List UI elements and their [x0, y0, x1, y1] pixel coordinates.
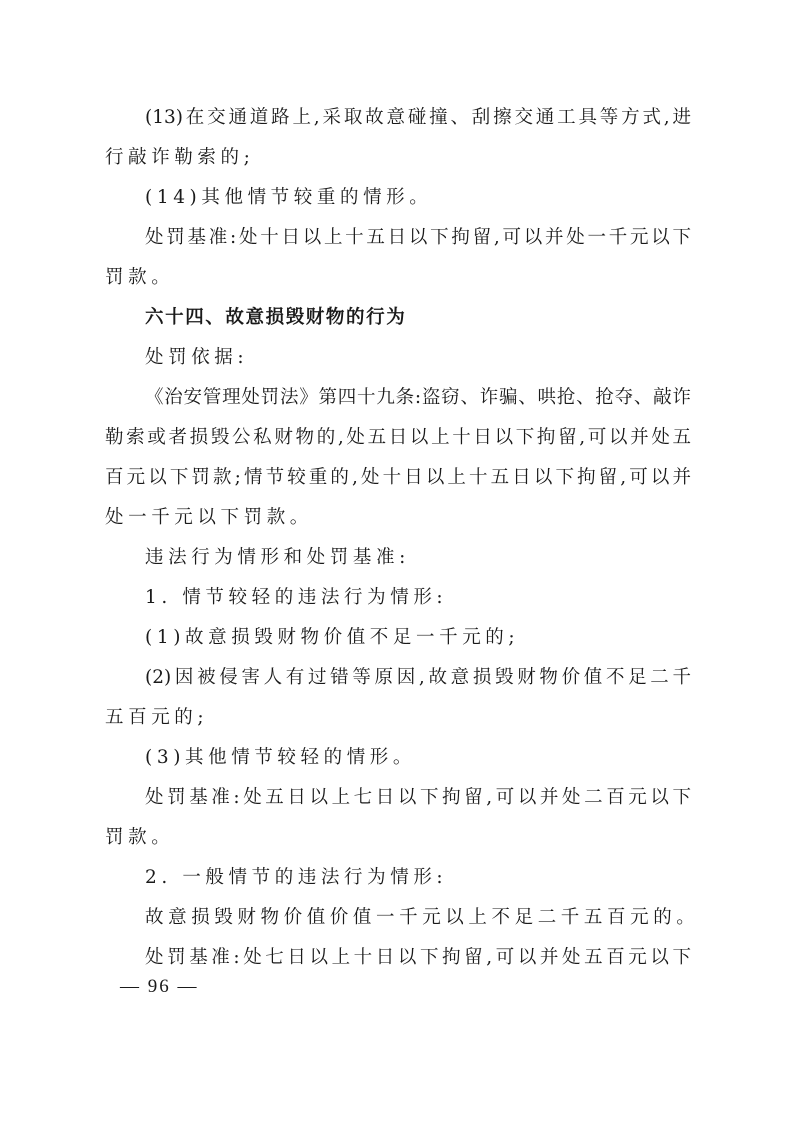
body-line: 处罚基准:处七日以上十日以下拘留,可以并处五百元以下 — [145, 938, 691, 978]
body-line: 处罚依据: — [145, 338, 691, 378]
body-line: 2. 一般情节的违法行为情形: — [145, 858, 691, 898]
body-line: (14)其他情节较重的情形。 — [145, 178, 691, 218]
body-line: 罚款。 — [105, 258, 691, 298]
section-heading: 六十四、故意损毁财物的行为 — [145, 298, 691, 338]
body-line: 勒索或者损毁公私财物的,处五日以上十日以下拘留,可以并处五 — [105, 418, 691, 458]
body-line: (2)因被侵害人有过错等原因,故意损毁财物价值不足二千 — [145, 658, 691, 698]
body-line: 1. 情节较轻的违法行为情形: — [145, 578, 691, 618]
body-line: (3)其他情节较轻的情形。 — [145, 738, 691, 778]
body-line: 处罚基准:处十日以上十五日以下拘留,可以并处一千元以下 — [145, 218, 691, 258]
body-line: 百元以下罚款;情节较重的,处十日以上十五日以下拘留,可以并 — [105, 458, 691, 498]
body-line: 处一千元以下罚款。 — [105, 498, 691, 538]
body-line: 违法行为情形和处罚基准: — [145, 538, 691, 578]
body-line: (1)故意损毁财物价值不足一千元的; — [145, 618, 691, 658]
body-line: 行敲诈勒索的; — [105, 138, 691, 178]
body-line: 故意损毁财物价值价值一千元以上不足二千五百元的。 — [145, 898, 691, 938]
body-line: (13)在交通道路上,采取故意碰撞、刮擦交通工具等方式,进 — [145, 98, 691, 138]
page-number: — 96 — — [120, 972, 199, 1002]
body-line: 五百元的; — [105, 698, 691, 738]
body-line: 罚款。 — [105, 818, 691, 858]
body-line: 《治安管理处罚法》第四十九条:盗窃、诈骗、哄抢、抢夺、敲诈 — [145, 378, 691, 418]
document-page: (13)在交通道路上,采取故意碰撞、刮擦交通工具等方式,进 行敲诈勒索的; (1… — [0, 0, 793, 1122]
body-line: 处罚基准:处五日以上七日以下拘留,可以并处二百元以下 — [145, 778, 691, 818]
